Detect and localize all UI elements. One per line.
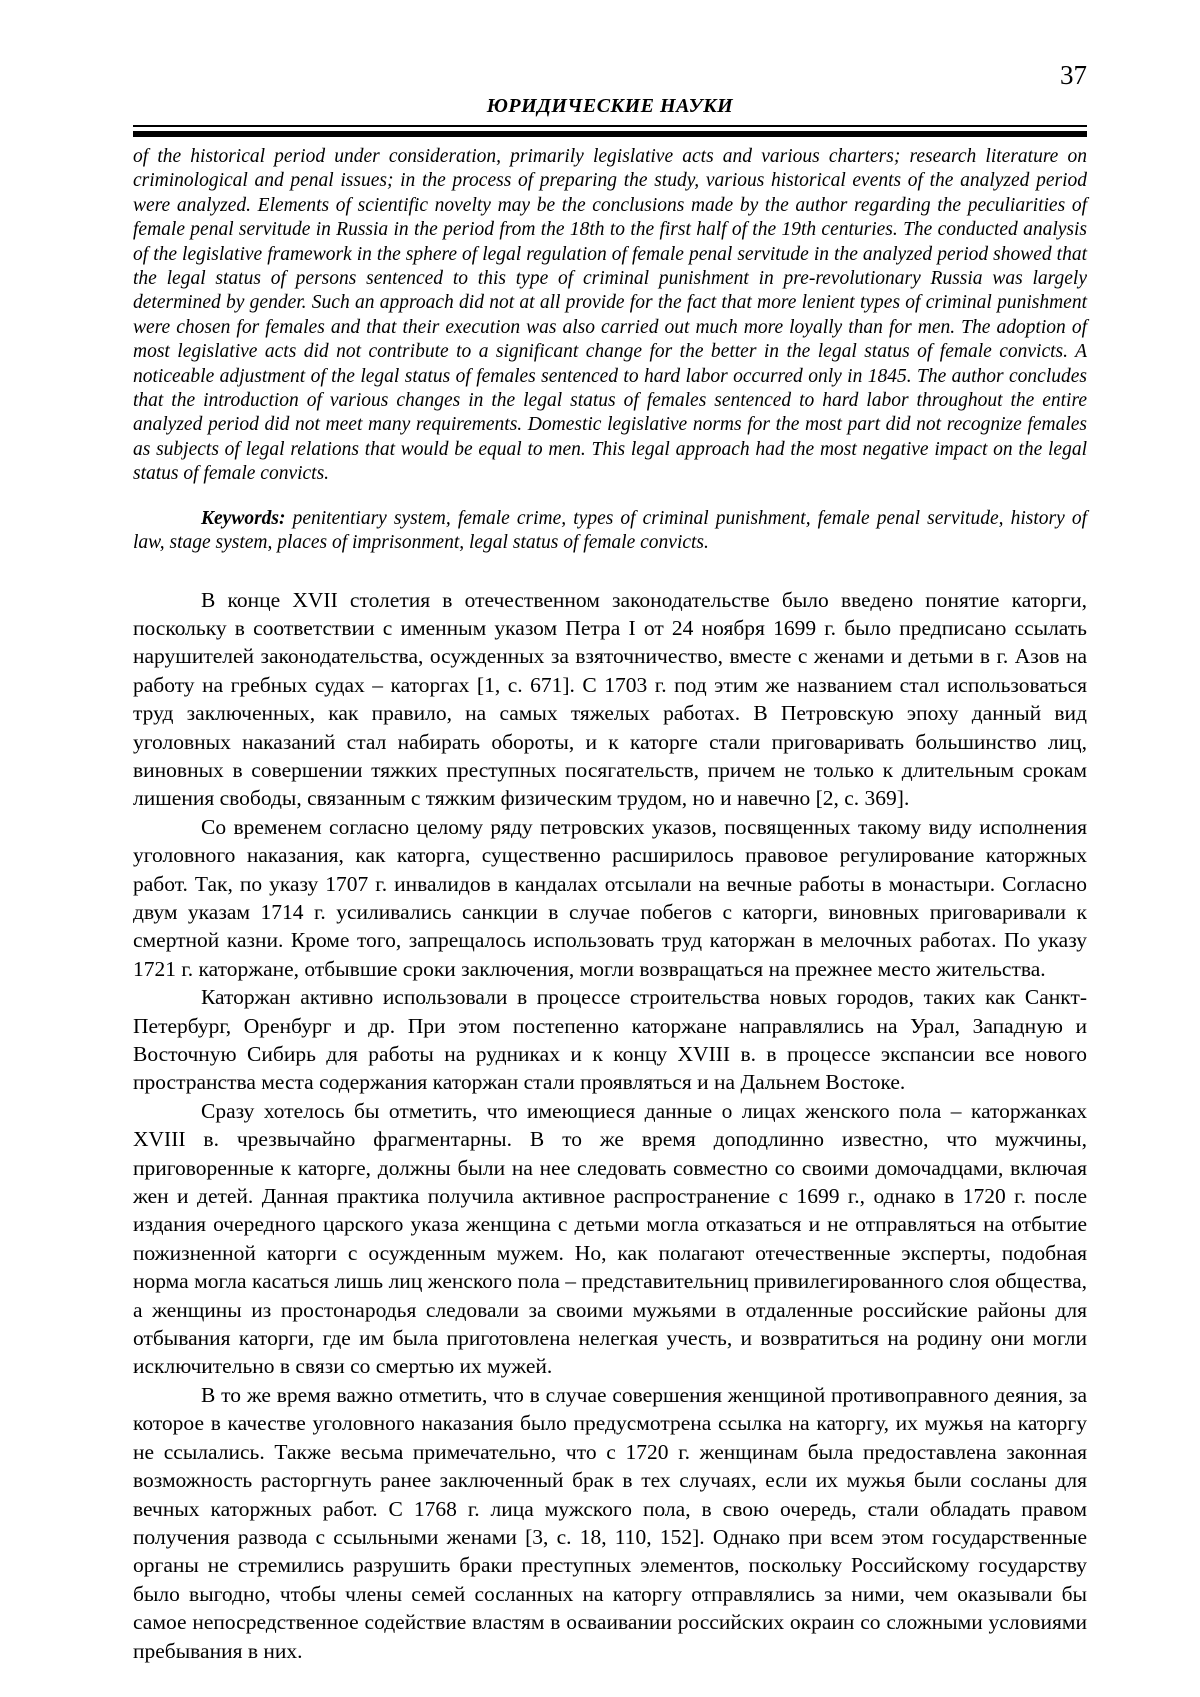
page-number: 37 [133,60,1087,90]
abstract-continuation-text: of the historical period under considera… [133,145,1087,487]
body-paragraph: В то же время важно отметить, что в случ… [133,1381,1087,1665]
body-paragraph: Со временем согласно целому ряду петровс… [133,813,1087,983]
body-paragraph: В конце XVII столетия в отечественном за… [133,586,1087,813]
keywords-paragraph: Keywords: penitentiary system, female cr… [133,507,1087,556]
article-body: В конце XVII столетия в отечественном за… [133,586,1087,1665]
keywords-label: Keywords: [201,508,286,529]
running-head-section-title: ЮРИДИЧЕСКИЕ НАУКИ [133,94,1087,118]
journal-page: 37 ЮРИДИЧЕСКИЕ НАУКИ of the historical p… [0,0,1200,1697]
header-double-rule [133,125,1087,137]
page-content-column: 37 ЮРИДИЧЕСКИЕ НАУКИ of the historical p… [133,0,1087,1665]
body-paragraph: Сразу хотелось бы отметить, что имеющиес… [133,1097,1087,1381]
body-paragraph: Каторжан активно использовали в процессе… [133,983,1087,1097]
